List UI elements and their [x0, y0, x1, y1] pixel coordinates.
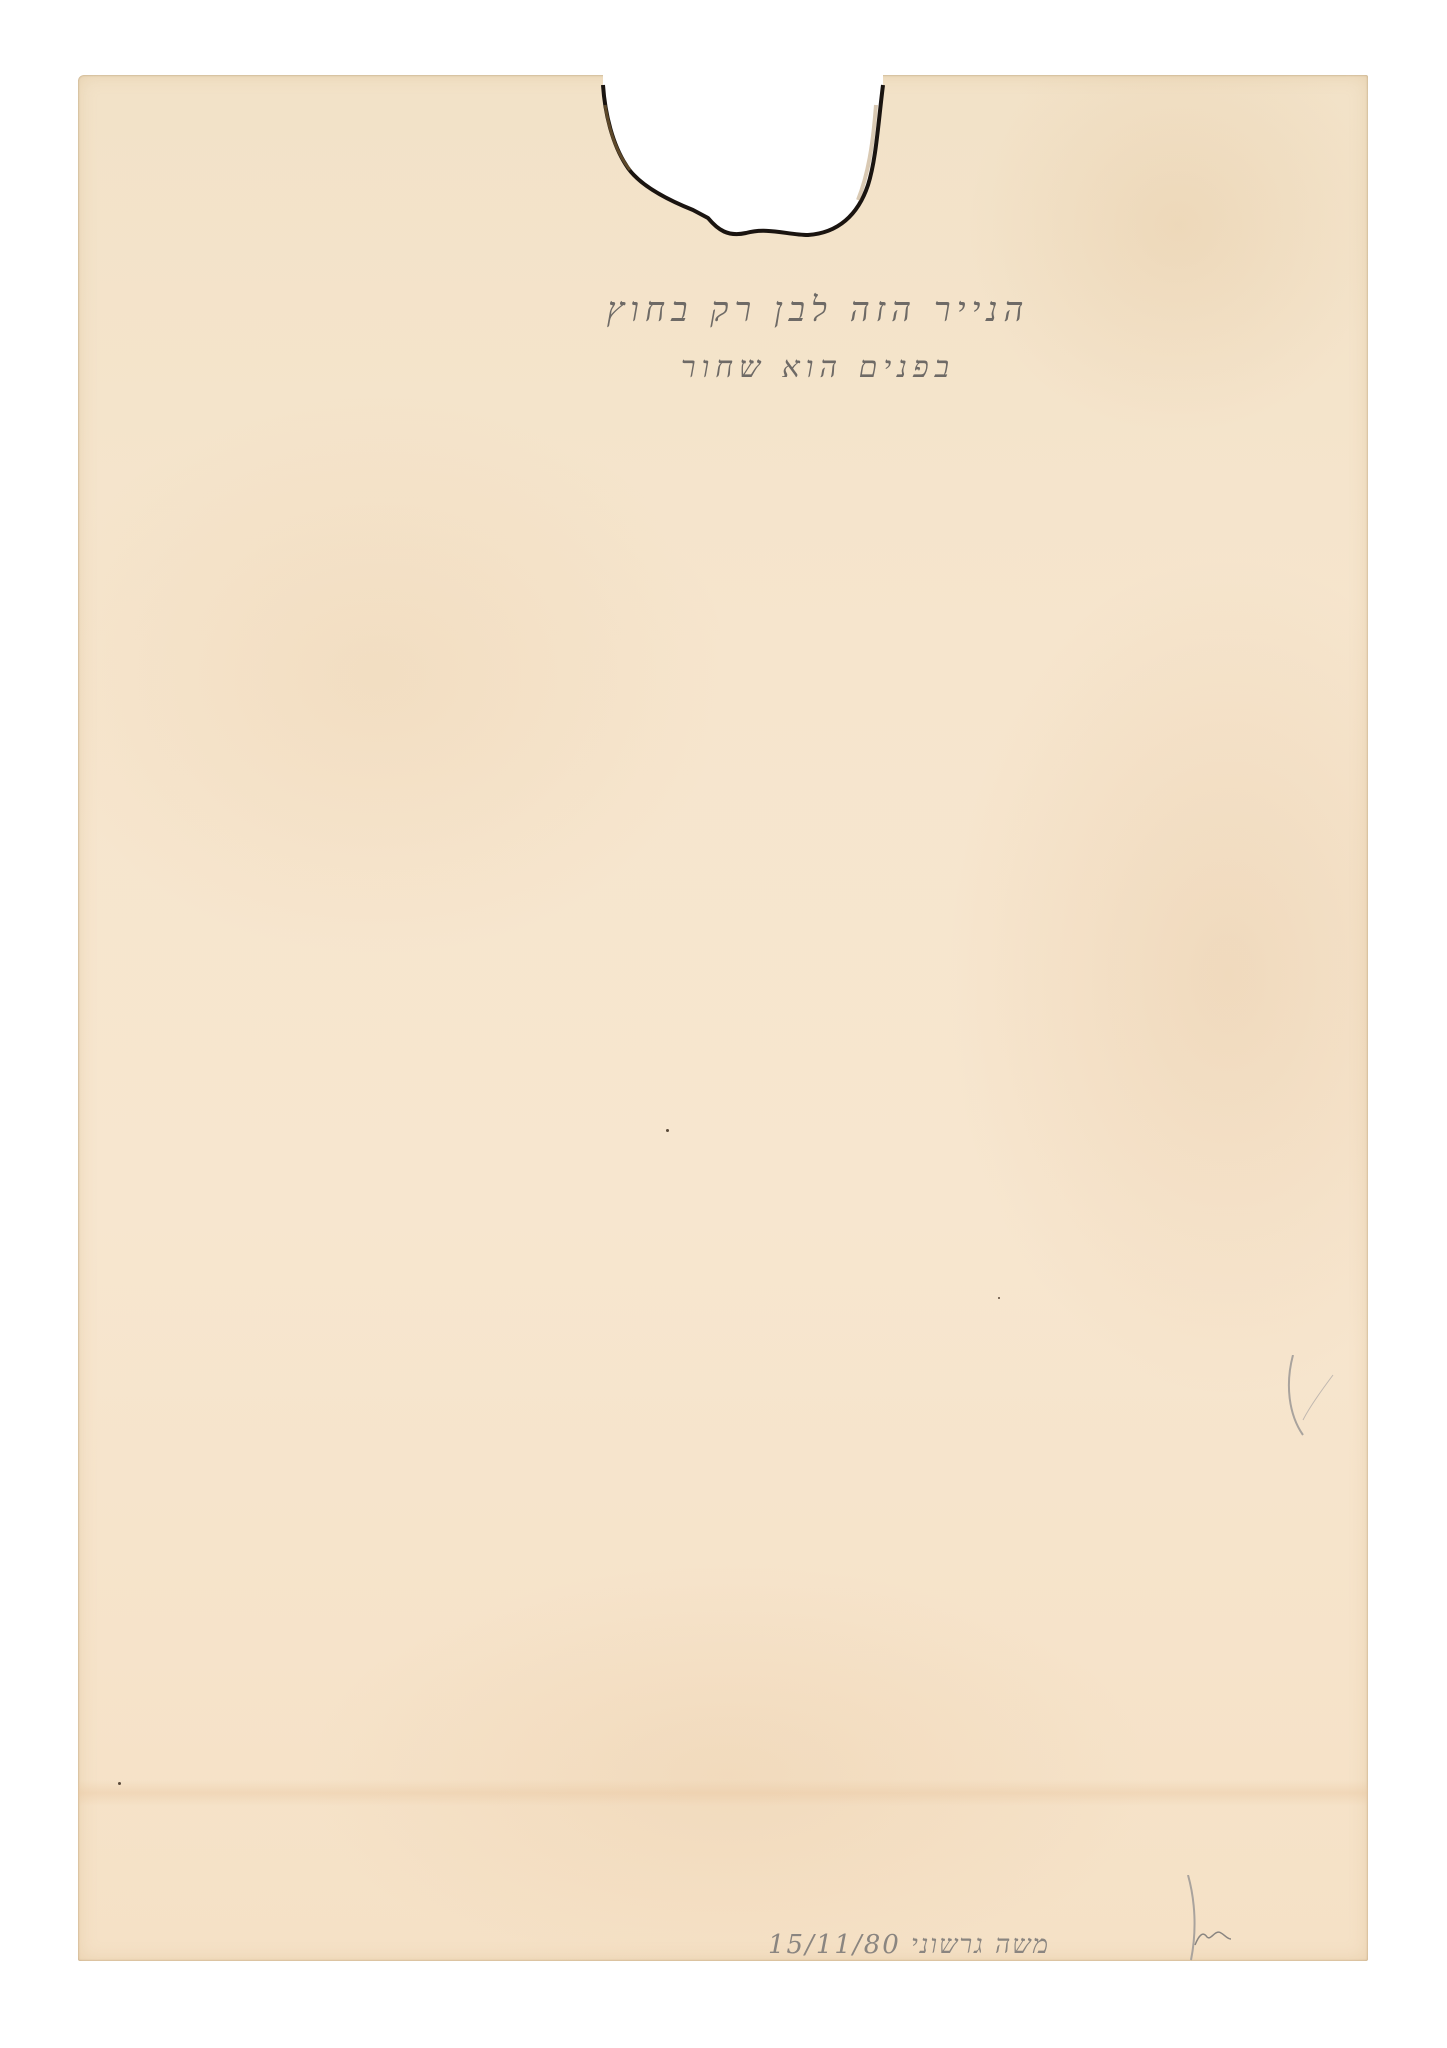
- pencil-mark: [1273, 1355, 1343, 1485]
- handwritten-note-line-1: הנייר הזה לבן רק בחוץ: [548, 290, 1088, 330]
- speck: [118, 1782, 121, 1785]
- speck: [998, 1297, 1000, 1299]
- pencil-mark: [1183, 1875, 1203, 1965]
- artwork-canvas: הנייר הזה לבן רק בחוץ בפנים הוא שחור משה…: [0, 0, 1447, 2048]
- artist-signature: משה גרשוני 15/11/80: [768, 1930, 1050, 1960]
- handwritten-note-line-2: בפנים הוא שחור: [548, 350, 1088, 385]
- paper-sheet: הנייר הזה לבן רק בחוץ בפנים הוא שחור משה…: [78, 75, 1368, 1961]
- speck: [666, 1129, 669, 1132]
- fold-discoloration: [78, 1780, 1368, 1806]
